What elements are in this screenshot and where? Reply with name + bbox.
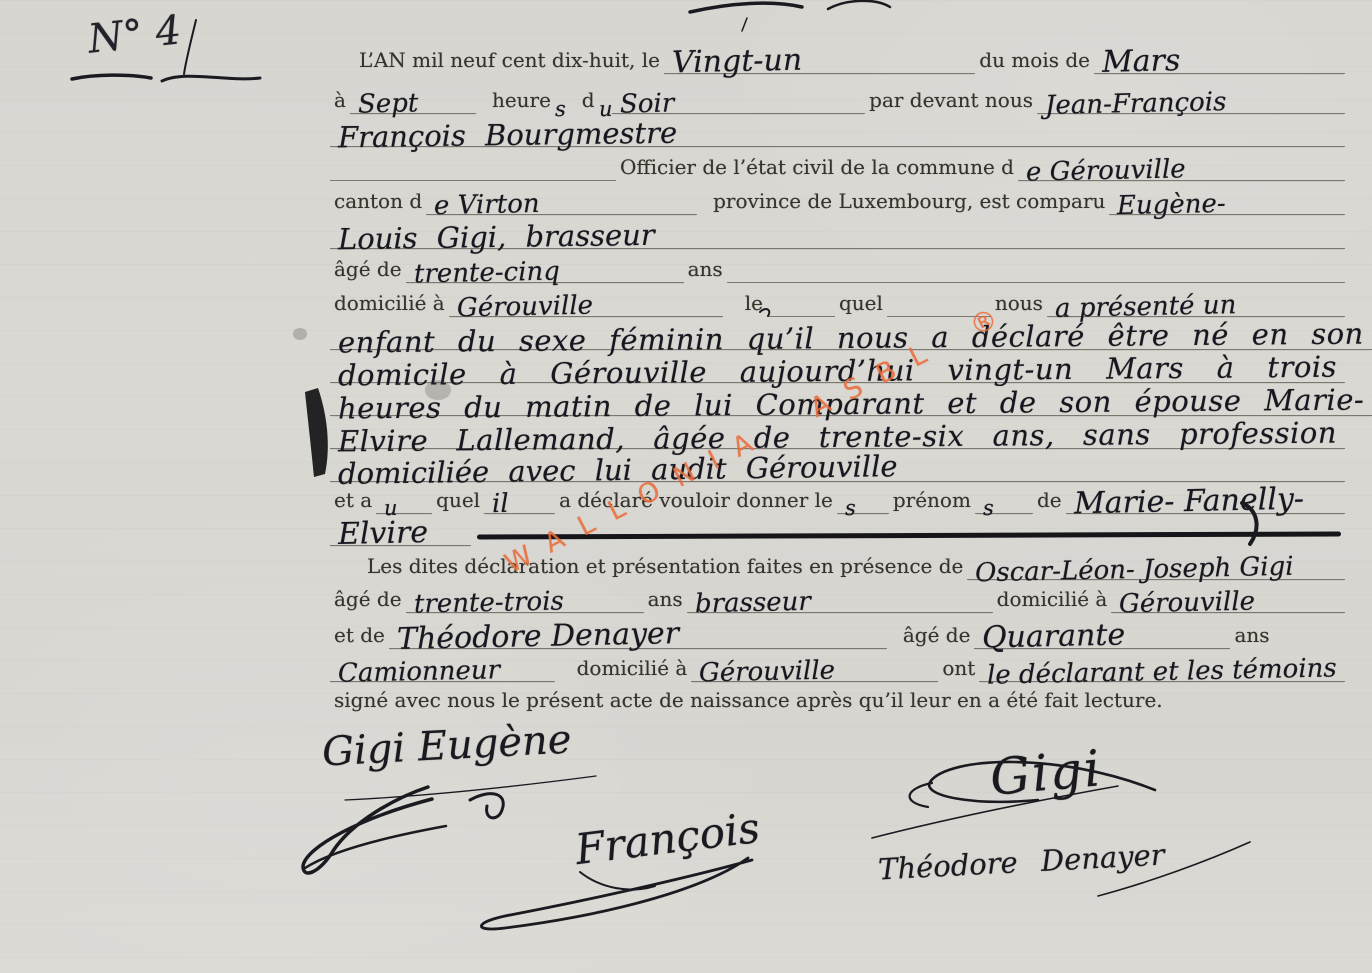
printed-text: a déclaré vouloir donner le <box>555 490 837 514</box>
birth-act-scan: N° 4 L’AN mil neuf cent dix-huit, le Vin… <box>0 0 1372 973</box>
form-line-signature-clause: signé avec nous le présent acte de naiss… <box>330 686 1345 714</box>
printed-text: quel <box>432 490 484 514</box>
blank-line: s <box>837 492 889 514</box>
handwritten-residence: Gérouville <box>699 658 836 687</box>
blank-line: domiciliée avec lui audit Gérouville <box>330 452 1345 482</box>
form-line-hw-1: enfant du sexe féminin qu’il nous a décl… <box>330 315 1345 350</box>
form-line-hw-3: heures du matin de lui Comparant et de s… <box>330 381 1345 416</box>
blank-line: heures du matin de lui Comparant et de s… <box>330 386 1372 416</box>
printed-text: Les dites déclaration et présentation fa… <box>363 556 967 580</box>
printed-text: et a <box>330 490 376 514</box>
blank-line: Eugène- <box>1109 188 1345 215</box>
form-line-hw-5: domiciliée avec lui audit Gérouville <box>330 447 1345 482</box>
form-line-age: âgé de trente-cinq ans <box>330 248 1345 283</box>
blank-line: e Virton <box>426 188 697 215</box>
form-line-canton: canton d e Virton province de Luxembourg… <box>330 180 1345 215</box>
blank-line: Quarante <box>974 618 1230 649</box>
handwritten-month: Mars <box>1102 46 1181 78</box>
signature-officer: François <box>573 807 762 871</box>
form-line-hour: à Sept heure s d u Soir par devant nous … <box>330 78 1345 114</box>
blank-line: Camionneur <box>330 655 555 682</box>
printed-text: ans <box>684 259 727 283</box>
ink-strike-line <box>477 531 1341 539</box>
printed-text: heure <box>488 90 555 114</box>
printed-text: ans <box>644 589 687 613</box>
printed-text: domicilié à <box>993 589 1112 613</box>
handwritten-profession: Camionneur <box>338 657 501 686</box>
handwritten-closing: le déclarant et les témoins <box>987 655 1337 688</box>
blank-line: s <box>975 492 1033 514</box>
signature-witness1: Gigi <box>988 743 1104 803</box>
blank-line: brasseur <box>687 586 993 613</box>
form-line-name-cont: Elvire <box>330 512 1345 546</box>
blank-line: Gérouville <box>1111 586 1345 613</box>
printed-text: nous <box>991 293 1047 317</box>
printed-text: canton d <box>330 191 426 215</box>
printed-text: âgé de <box>899 625 975 649</box>
printed-text: quel <box>835 293 887 317</box>
blank-line: le déclarant et les témoins <box>979 655 1345 682</box>
blank-line: Soir <box>612 87 865 114</box>
printed-text: signé avec nous le présent acte de naiss… <box>330 690 1167 714</box>
blank-line: trente-trois <box>406 586 644 613</box>
blank-line: François Bourgmestre <box>330 117 1345 147</box>
blank-line: trente-cinq <box>406 256 684 283</box>
printed-text: le <box>741 293 767 317</box>
form-line-witness1-details: âgé de trente-trois ans brasseur domicil… <box>330 579 1345 613</box>
printed-text: ans <box>1230 625 1273 649</box>
blank-line: Théodore Denayer <box>389 618 887 649</box>
form-line-witness-intro: Les dites déclaration et présentation fa… <box>330 546 1345 580</box>
signature-declarant: Gigi Eugène <box>321 719 572 772</box>
printed-text: âgé de <box>330 589 406 613</box>
form-line-hw-4: Elvire Lallemand, âgée de trente-six ans… <box>330 414 1345 449</box>
blank-line: Elvire <box>330 515 471 546</box>
blank-line: Sept <box>350 87 476 114</box>
printed-text: domicilié à <box>330 293 449 317</box>
form-line-residence: domicilié à Gérouville le quel nous a pr… <box>330 282 1345 317</box>
form-line-declarant-cont: Louis Gigi, brasseur <box>330 214 1345 249</box>
blank-line: Marie- Fanelly- <box>1066 483 1345 514</box>
printed-text: domicilié à <box>573 658 692 682</box>
signature-witness2: Théodore Denayer <box>877 841 1165 885</box>
blank-line: enfant du sexe féminin qu’il nous a décl… <box>330 320 1372 350</box>
blank-line: Gérouville <box>691 655 938 682</box>
printed-text: à <box>330 90 350 114</box>
form-line-witness2-details: Camionneur domicilié à Gérouville ont le… <box>330 648 1345 682</box>
blank-line: Vingt-un <box>664 43 975 74</box>
printed-text: du mois de <box>975 50 1094 74</box>
printed-text: âgé de <box>330 259 406 283</box>
blank-line: Mars <box>1094 43 1345 74</box>
handwritten-day: Vingt-un <box>672 46 803 79</box>
blank-line: Louis Gigi, brasseur <box>330 219 1345 249</box>
printed-text: et de <box>330 625 389 649</box>
form-line-hw-2: domicile à Gérouville aujourd’hui vingt-… <box>330 348 1345 383</box>
form-line-officer-cont: François Bourgmestre <box>330 112 1345 147</box>
blank-line: Elvire Lallemand, âgée de trente-six ans… <box>330 419 1345 449</box>
blank-line: domicile à Gérouville aujourd’hui vingt-… <box>330 353 1345 383</box>
printed-text: L’AN mil neuf cent dix-huit, le <box>355 50 664 74</box>
form-line-witness2: et de Théodore Denayer âgé de Quarante a… <box>330 613 1345 649</box>
blank-line: Jean-François <box>1037 87 1345 114</box>
printed-text: ont <box>938 658 979 682</box>
printed-text: d <box>578 90 599 114</box>
blank-line: il <box>484 487 555 514</box>
blank-line: Oscar-Léon- Joseph Gigi <box>967 553 1345 580</box>
form-line-commune: Officier de l’état civil de la commune d… <box>330 146 1345 181</box>
act-number: N° 4 <box>86 7 183 62</box>
blank-line: a présenté un <box>1047 290 1345 317</box>
printed-text: province de Luxembourg, est comparu <box>709 191 1109 215</box>
blank-line: Gérouville <box>449 290 723 317</box>
blank-line: e Gérouville <box>1018 154 1345 181</box>
printed-text: de <box>1033 490 1066 514</box>
form-line-prenoms: et a u quel il a déclaré vouloir donner … <box>330 480 1345 514</box>
form-line-year: L’AN mil neuf cent dix-huit, le Vingt-un… <box>330 38 1345 74</box>
printed-text: prénom <box>889 490 975 514</box>
printed-text: Officier de l’état civil de la commune d <box>616 157 1018 181</box>
blank-line: u <box>376 492 432 514</box>
printed-text: par devant nous <box>865 90 1037 114</box>
